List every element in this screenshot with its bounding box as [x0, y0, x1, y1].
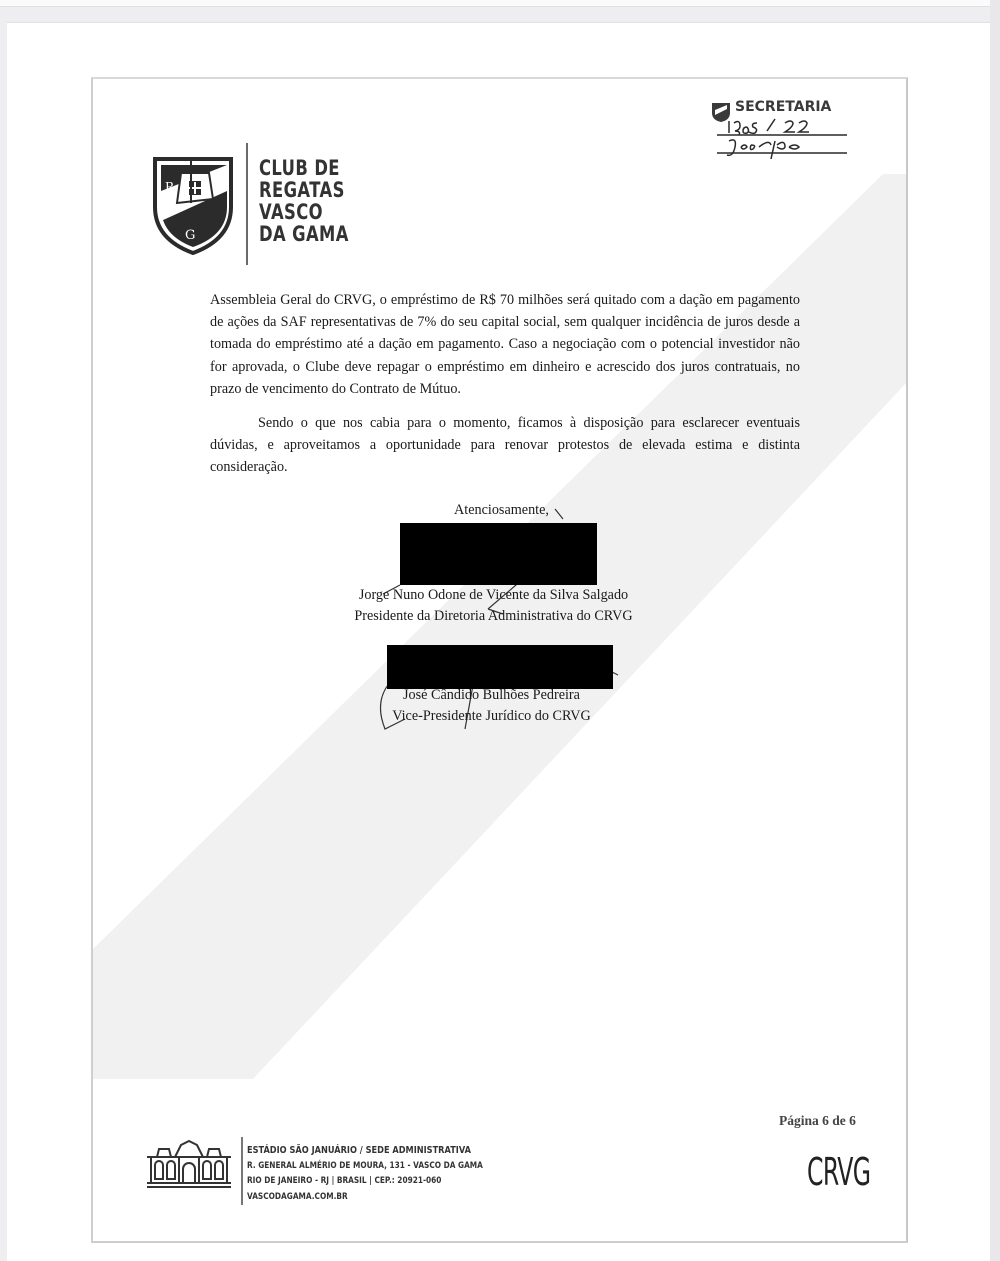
- handwritten-date-signature: [707, 117, 867, 177]
- footer-address-line: R. GENERAL ALMÉRIO DE MOURA, 131 - VASCO…: [247, 1159, 483, 1175]
- stadium-facade-icon: [145, 1137, 233, 1191]
- document-page: R G CLUB DE REGATAS VASCO DA GAMA SECRET…: [91, 77, 908, 1243]
- signatory-title: Presidente da Diretoria Administrativa d…: [91, 606, 902, 627]
- redacted-signature-1: [400, 523, 597, 585]
- svg-text:G: G: [185, 228, 195, 243]
- secretaria-stamp: SECRETARIA: [707, 99, 867, 169]
- footer-website: VASCODAGAMA.COM.BR: [247, 1190, 483, 1206]
- svg-text:R: R: [165, 180, 175, 194]
- club-name-line: VASCO: [259, 201, 349, 223]
- footer-address-line: RIO DE JANEIRO - RJ | BRASIL | CEP.: 209…: [247, 1174, 483, 1190]
- logo-divider: [246, 143, 248, 265]
- signatory-name: Jorge Nuno Odone de Vicente da Silva Sal…: [91, 585, 902, 606]
- signatory-1: Jorge Nuno Odone de Vicente da Silva Sal…: [91, 585, 902, 627]
- signatory-name: José Cândido Bulhões Pedreira: [91, 685, 900, 706]
- club-crest-icon: R G: [151, 151, 235, 255]
- club-name-wordmark: CLUB DE REGATAS VASCO DA GAMA: [259, 157, 349, 245]
- footer-address: ESTÁDIO SÃO JANUÁRIO / SEDE ADMINISTRATI…: [247, 1143, 483, 1205]
- club-name-line: REGATAS: [259, 179, 349, 201]
- club-name-line: CLUB DE: [259, 157, 349, 179]
- footer-divider: [241, 1137, 243, 1205]
- closing-salutation: Atenciosamente,: [93, 502, 908, 519]
- crvg-brand-mark: CRVG: [807, 1150, 870, 1194]
- club-name-line: DA GAMA: [259, 223, 349, 245]
- signatory-title: Vice-Presidente Jurídico do CRVG: [91, 706, 900, 727]
- stamp-label: SECRETARIA: [735, 99, 831, 115]
- top-strip: [0, 0, 990, 7]
- right-gutter: [990, 0, 1000, 1261]
- footer-address-line: ESTÁDIO SÃO JANUÁRIO / SEDE ADMINISTRATI…: [247, 1143, 483, 1159]
- body-paragraph-2: Sendo o que nos cabia para o momento, fi…: [210, 412, 800, 479]
- body-paragraph-1: Assembleia Geral do CRVG, o empréstimo d…: [210, 289, 800, 400]
- page-indicator: Página 6 de 6: [779, 1113, 856, 1129]
- redacted-signature-2: [387, 645, 613, 689]
- signatory-2: José Cândido Bulhões Pedreira Vice-Presi…: [91, 685, 900, 727]
